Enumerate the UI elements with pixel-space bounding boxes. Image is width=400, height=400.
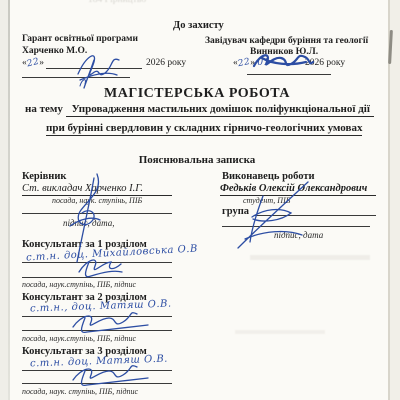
executor-name: Федьків Олексій Олександрович: [220, 183, 376, 196]
consultant-1-caption: посада, наук.ступінь, ПІБ, підпис: [22, 280, 136, 289]
supervisor-name: Ст. викладач Харченко І.Г.: [22, 183, 172, 196]
theme-line1: Упровадження мастильних домішок поліфунк…: [66, 103, 374, 117]
page-left-margin-shade: [0, 0, 8, 400]
theme-label: на тему: [25, 103, 63, 115]
quote-close: »: [39, 58, 44, 68]
theme-line2: при бурінні свердловин у складних гірнич…: [46, 122, 362, 136]
guarantor-date-line: [46, 68, 142, 69]
guarantor-name: Харченко М.О.: [22, 46, 87, 56]
subtitle: Пояснювальна записка: [0, 154, 394, 166]
consultant-3-caption: посада, наук. ступінь, ПІБ, підпис: [22, 387, 138, 396]
page-left-edge: [8, 0, 10, 400]
dept-head-role: Завідувач кафедри буріння та геології: [205, 36, 368, 46]
supervisor-sign-line: [22, 213, 172, 214]
consultant-3-line2: [22, 383, 172, 384]
consultant-2-line2: [22, 330, 172, 331]
scanned-thesis-title-page: 184 Гірництво До захисту Гарант освітньо…: [0, 0, 400, 400]
consultant-1-line2: [22, 277, 172, 278]
guarantor-year: 2026 року: [146, 58, 186, 68]
guarantor-role: Гарант освітньої програми: [22, 34, 138, 44]
executor-label: Виконавець роботи: [222, 171, 315, 182]
bleed-through-mark: [250, 255, 370, 260]
bleed-through-mark: [235, 330, 325, 334]
theme-row: на тему Упровадження мастильних домішок …: [25, 103, 374, 115]
executor-caption-sign: підпис, дата: [274, 230, 323, 240]
guarantor-date-row: «22»: [22, 58, 44, 68]
page-right-margin-shade: [390, 0, 400, 400]
executor-sign-line: [222, 226, 370, 227]
guarantor-sign-line: [22, 77, 130, 78]
dept-head-name: Винников Ю.Л.: [250, 47, 318, 57]
defense-label: До захисту: [173, 20, 224, 31]
dept-head-year: 2026 року: [305, 58, 345, 68]
signature-guarantor: [78, 56, 119, 88]
dept-head-sign-line: [247, 74, 331, 75]
cropped-top-line: 184 Гірництво: [88, 0, 146, 5]
supervisor-caption-position: посада, наук. ступінь, ПІБ: [52, 196, 142, 205]
consultant-2-caption: посада, наук.ступінь, ПІБ, підпис: [22, 334, 136, 343]
dept-head-month-handwritten: 01: [257, 58, 269, 68]
consultant-1-line1: [22, 262, 172, 263]
dept-head-date-row: «22» 01: [233, 58, 270, 68]
consultant-2-line1: [22, 316, 172, 317]
thesis-kind-title: МАГІСТЕРСЬКА РОБОТА: [0, 86, 394, 102]
executor-group-label: група: [222, 206, 249, 217]
consultant-3-line1: [22, 370, 172, 371]
supervisor-caption-sign: підпис, дата,: [63, 218, 114, 228]
executor-group-line: [254, 215, 376, 216]
executor-caption-position: студент, ПІБ: [243, 196, 290, 205]
supervisor-label: Керівник: [22, 171, 66, 182]
dept-head-day-handwritten: 22: [237, 57, 251, 69]
